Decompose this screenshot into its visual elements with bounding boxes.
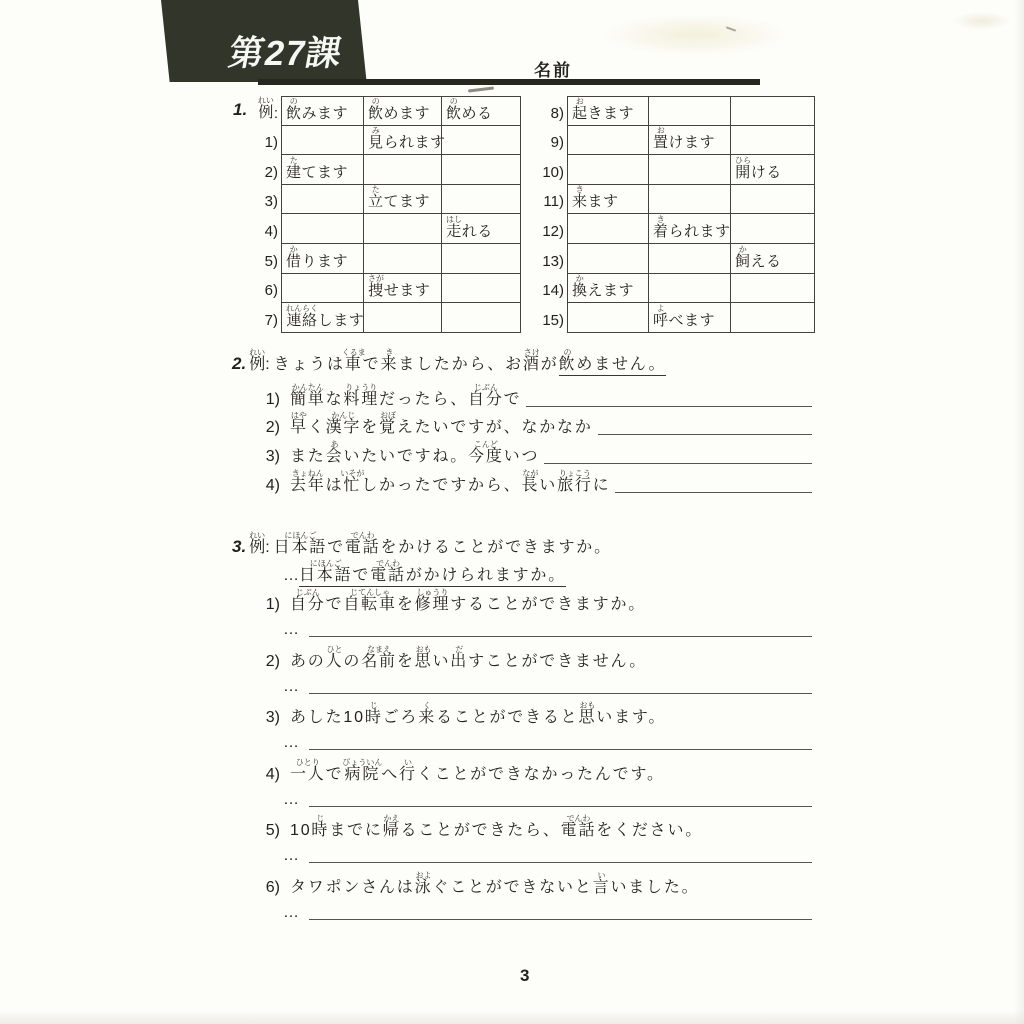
answer-blank bbox=[309, 749, 812, 750]
item-number: 3) bbox=[232, 709, 280, 727]
table-row: 例れい:飲のみます飲のめます飲のめる bbox=[232, 96, 521, 126]
example-question-sentence: 日本語にほんごで電話でんわをかけることができますか。 bbox=[274, 531, 612, 557]
table-cell: 見みられます bbox=[363, 126, 441, 156]
answer-line: … bbox=[232, 615, 812, 639]
item-sentence: あした10時じごろ来くることができると思おもいます。 bbox=[290, 701, 666, 727]
answer-blank bbox=[598, 434, 812, 435]
table-cell bbox=[648, 155, 730, 185]
ellipsis-prefix: … bbox=[283, 847, 299, 865]
table-cell: 来きます bbox=[567, 185, 648, 215]
table-cell bbox=[281, 274, 363, 304]
row-label: 7) bbox=[232, 303, 281, 333]
table-cell bbox=[441, 155, 521, 185]
table-cell bbox=[363, 244, 441, 274]
table-row: 14)換かえます bbox=[516, 274, 815, 304]
table-cell: 走はしれる bbox=[441, 214, 521, 244]
table-cell: 建たてます bbox=[281, 155, 363, 185]
answer-blank bbox=[309, 636, 812, 637]
item-number: 2) bbox=[232, 419, 280, 437]
item-sentence: 10時じまでに帰かえることができたら、電話でんわをください。 bbox=[290, 814, 703, 840]
exercise-2-number: 2. bbox=[232, 354, 246, 374]
answer-blank bbox=[309, 862, 812, 863]
item-sentence: 去年きょねんは忙いそがしかったですから、長ながい旅行りょこうに bbox=[290, 469, 610, 495]
table-cell bbox=[567, 214, 648, 244]
table-cell bbox=[730, 214, 815, 244]
exercise-3-items: 1)自分じぶんで自転車じてんしゃを修理しゅうりすることができますか。…2)あの人… bbox=[232, 585, 812, 924]
example-label: 例れい: bbox=[249, 348, 269, 374]
scan-mark bbox=[468, 86, 494, 92]
item-number: 3) bbox=[232, 448, 280, 466]
answer-blank bbox=[309, 919, 812, 920]
table-row: 12)着きられます bbox=[516, 214, 815, 244]
table-row: 6)捜さがせます bbox=[232, 274, 521, 304]
table-row: 9)置おけます bbox=[516, 126, 815, 156]
table-cell bbox=[730, 274, 815, 304]
table-cell bbox=[567, 303, 648, 333]
table-cell bbox=[441, 126, 521, 156]
answer-line: … bbox=[232, 841, 812, 865]
answer-blank bbox=[309, 806, 812, 807]
table-cell bbox=[441, 274, 521, 304]
item-sentence: タワポンさんは泳およぐことができないと言いいました。 bbox=[290, 871, 699, 897]
question-line: 4)去年きょねんは忙いそがしかったですから、長ながい旅行りょこうに bbox=[232, 466, 812, 495]
exercise-3-example-line: 3. 例れい: 日本語にほんごで電話でんわをかけることができますか。 bbox=[232, 527, 812, 557]
row-label: 12) bbox=[516, 214, 567, 244]
table-cell: 呼よべます bbox=[648, 303, 730, 333]
exercise-3: 3. 例れい: 日本語にほんごで電話でんわをかけることができますか。 … 日本語… bbox=[232, 527, 812, 924]
question-item: 5)10時じまでに帰かえることができたら、電話でんわをください。… bbox=[232, 811, 812, 868]
answer-line: … bbox=[232, 672, 812, 696]
table-cell bbox=[281, 214, 363, 244]
row-label: 1) bbox=[232, 126, 281, 156]
table-cell bbox=[567, 155, 648, 185]
example-sentence: きょうは車くるまで来きましたから、お酒さけが飲のめません。 bbox=[274, 348, 667, 374]
example-answer-sentence: 日本語にほんごで電話でんわがかけられますか。 bbox=[299, 559, 566, 585]
row-label: 10) bbox=[516, 155, 567, 185]
row-label: 例れい: bbox=[232, 96, 281, 126]
exercise-2-items: 1)簡単かんたんな料理りょうりだったら、自分じぶんで2)早はやく漢字かんじを覚お… bbox=[232, 380, 812, 495]
table-cell bbox=[648, 274, 730, 304]
answer-blank bbox=[544, 463, 812, 464]
table-cell bbox=[281, 185, 363, 215]
item-number: 2) bbox=[232, 653, 280, 671]
ellipsis-prefix: … bbox=[283, 621, 299, 639]
item-number: 4) bbox=[232, 766, 280, 784]
question-line: 5)10時じまでに帰かえることができたら、電話でんわをください。 bbox=[232, 811, 812, 840]
table-cell: 飼かえる bbox=[730, 244, 815, 274]
table-row: 7)連絡れんらくします bbox=[232, 303, 521, 333]
table-cell: 置おけます bbox=[648, 126, 730, 156]
item-sentence: また会あいたいですね。今度こんどいつ bbox=[290, 440, 539, 466]
table-cell bbox=[441, 185, 521, 215]
item-sentence: 早はやく漢字かんじを覚おぼえたいですが、なかなか bbox=[290, 411, 593, 437]
table-cell bbox=[730, 96, 815, 126]
row-label: 2) bbox=[232, 155, 281, 185]
table-cell bbox=[363, 214, 441, 244]
table-row: 8)起おきます bbox=[516, 96, 815, 126]
table-cell: 捜さがせます bbox=[363, 274, 441, 304]
item-number: 5) bbox=[232, 822, 280, 840]
table-cell bbox=[648, 96, 730, 126]
question-item: 1)自分じぶんで自転車じてんしゃを修理しゅうりすることができますか。… bbox=[232, 585, 812, 642]
scan-edge-shadow bbox=[1014, 0, 1024, 1024]
item-number: 6) bbox=[232, 879, 280, 897]
table-cell: 起おきます bbox=[567, 96, 648, 126]
question-line: 3)あした10時じごろ来くることができると思おもいます。 bbox=[232, 698, 812, 727]
example-label: 例れい: bbox=[249, 531, 269, 557]
header-rule bbox=[258, 79, 760, 85]
question-item: 4)一人ひとりで病院びょういんへ行いくことができなかったんです。… bbox=[232, 755, 812, 812]
row-label: 6) bbox=[232, 274, 281, 304]
table-row: 11)来きます bbox=[516, 185, 815, 215]
item-sentence: 自分じぶんで自転車じてんしゃを修理しゅうりすることができますか。 bbox=[290, 588, 646, 614]
table-cell: 換かえます bbox=[567, 274, 648, 304]
item-number: 1) bbox=[232, 391, 280, 409]
scan-stain bbox=[952, 12, 1012, 30]
row-label: 8) bbox=[516, 96, 567, 126]
row-label: 13) bbox=[516, 244, 567, 274]
table-row: 10)開ひらける bbox=[516, 155, 815, 185]
table-cell bbox=[730, 185, 815, 215]
row-label: 3) bbox=[232, 185, 281, 215]
item-sentence: 簡単かんたんな料理りょうりだったら、自分じぶんで bbox=[290, 383, 521, 409]
table-row: 15)呼よべます bbox=[516, 303, 815, 333]
row-label: 11) bbox=[516, 185, 567, 215]
table-cell bbox=[363, 155, 441, 185]
verb-table-left: 例れい:飲のみます飲のめます飲のめる1)見みられます2)建たてます3)立たてます… bbox=[232, 96, 521, 333]
answer-blank bbox=[615, 492, 812, 493]
question-line: 1)簡単かんたんな料理りょうりだったら、自分じぶんで bbox=[232, 380, 812, 409]
question-line: 1)自分じぶんで自転車じてんしゃを修理しゅうりすることができますか。 bbox=[232, 585, 812, 614]
table-row: 13)飼かえる bbox=[516, 244, 815, 274]
row-label: 14) bbox=[516, 274, 567, 304]
exercise-2: 2. 例れい: きょうは車くるまで来きましたから、お酒さけが飲のめません。 1)… bbox=[232, 344, 812, 495]
ellipsis-prefix: … bbox=[283, 678, 299, 696]
question-item: 6)タワポンさんは泳およぐことができないと言いいました。… bbox=[232, 868, 812, 925]
table-cell: 連絡れんらくします bbox=[281, 303, 363, 333]
table-cell bbox=[441, 244, 521, 274]
row-label: 4) bbox=[232, 214, 281, 244]
scan-stain bbox=[600, 14, 790, 56]
ellipsis-prefix: … bbox=[283, 791, 299, 809]
table-cell bbox=[567, 244, 648, 274]
table-cell: 着きられます bbox=[648, 214, 730, 244]
table-cell bbox=[648, 244, 730, 274]
table-cell: 借かります bbox=[281, 244, 363, 274]
name-label: 名前 bbox=[534, 56, 572, 81]
table-cell: 飲のめます bbox=[363, 96, 441, 126]
lesson-title: 第27課 bbox=[226, 36, 345, 71]
item-number: 4) bbox=[232, 477, 280, 495]
row-label: 15) bbox=[516, 303, 567, 333]
item-sentence: あの人ひとの名前なまえを思おもい出だすことができません。 bbox=[290, 645, 647, 671]
table-cell: 飲のみます bbox=[281, 96, 363, 126]
exercise-3-example-answer-line: … 日本語にほんごで電話でんわがかけられますか。 bbox=[232, 557, 812, 585]
table-cell bbox=[730, 303, 815, 333]
worksheet-page: 第27課 名前 1. 例れい:飲のみます飲のめます飲のめる1)見みられます2)建… bbox=[0, 0, 1024, 1024]
row-label: 9) bbox=[516, 126, 567, 156]
exercise-2-example-line: 2. 例れい: きょうは車くるまで来きましたから、お酒さけが飲のめません。 bbox=[232, 344, 812, 374]
answer-line: … bbox=[232, 785, 812, 809]
question-line: 2)早はやく漢字かんじを覚おぼえたいですが、なかなか bbox=[232, 409, 812, 438]
table-row: 2)建たてます bbox=[232, 155, 521, 185]
table-cell bbox=[567, 126, 648, 156]
table-row: 3)立たてます bbox=[232, 185, 521, 215]
scan-edge-shadow bbox=[0, 1010, 1024, 1024]
item-sentence: 一人ひとりで病院びょういんへ行いくことができなかったんです。 bbox=[290, 758, 665, 784]
table-cell: 開ひらける bbox=[730, 155, 815, 185]
row-label: 5) bbox=[232, 244, 281, 274]
table-cell bbox=[730, 126, 815, 156]
question-line: 3)また会あいたいですね。今度こんどいつ bbox=[232, 437, 812, 466]
table-cell: 飲のめる bbox=[441, 96, 521, 126]
table-cell: 立たてます bbox=[363, 185, 441, 215]
question-line: 6)タワポンさんは泳およぐことができないと言いいました。 bbox=[232, 868, 812, 897]
table-row: 5)借かります bbox=[232, 244, 521, 274]
ellipsis-prefix: … bbox=[283, 904, 299, 922]
verb-table-right: 8)起おきます9)置おけます10)開ひらける11)来きます12)着きられます13… bbox=[516, 96, 815, 333]
question-line: 2)あの人ひとの名前なまえを思おもい出だすことができません。 bbox=[232, 642, 812, 671]
question-line: 4)一人ひとりで病院びょういんへ行いくことができなかったんです。 bbox=[232, 755, 812, 784]
page-number: 3 bbox=[520, 966, 529, 986]
table-cell bbox=[648, 185, 730, 215]
question-item: 2)あの人ひとの名前なまえを思おもい出だすことができません。… bbox=[232, 642, 812, 699]
answer-line: … bbox=[232, 898, 812, 922]
ellipsis-prefix: … bbox=[283, 567, 299, 585]
answer-blank bbox=[526, 406, 812, 407]
table-cell bbox=[363, 303, 441, 333]
table-cell bbox=[281, 126, 363, 156]
ellipsis-prefix: … bbox=[283, 734, 299, 752]
table-row: 1)見みられます bbox=[232, 126, 521, 156]
exercise-3-number: 3. bbox=[232, 537, 246, 557]
table-cell bbox=[441, 303, 521, 333]
item-number: 1) bbox=[232, 596, 280, 614]
answer-blank bbox=[309, 693, 812, 694]
answer-line: … bbox=[232, 728, 812, 752]
question-item: 3)あした10時じごろ来くることができると思おもいます。… bbox=[232, 698, 812, 755]
table-row: 4)走はしれる bbox=[232, 214, 521, 244]
